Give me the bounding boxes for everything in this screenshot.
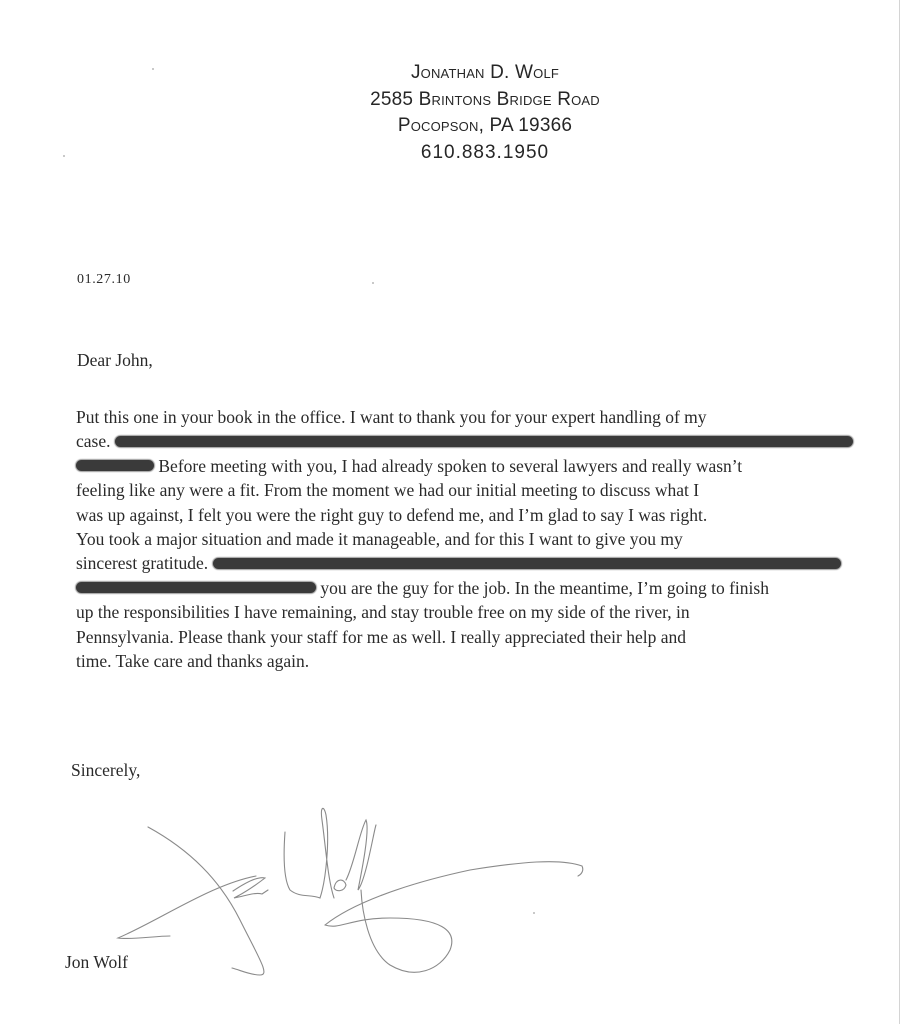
redaction-bar [115, 436, 853, 447]
body-text: time. Take care and thanks again. [76, 651, 309, 671]
body-line: you are the guy for the job. In the mean… [76, 576, 896, 600]
body-text: case. [76, 431, 115, 451]
signer-name: Jon Wolf [65, 952, 128, 973]
body-line: up the responsibilities I have remaining… [76, 600, 896, 624]
body-line: case. [76, 429, 896, 453]
signature-icon [100, 770, 600, 990]
body-text: Put this one in your book in the office.… [76, 407, 707, 427]
sender-city-state-zip: Pocopson, PA 19366 [0, 113, 908, 140]
body-line: feeling like any were a fit. From the mo… [76, 478, 896, 502]
body-text: feeling like any were a fit. From the mo… [76, 480, 699, 500]
body-line: time. Take care and thanks again. [76, 649, 896, 673]
scan-speck [372, 282, 374, 284]
body-text: sincerest gratitude. [76, 553, 213, 573]
letter-date: 01.27.10 [77, 272, 131, 288]
body-text: You took a major situation and made it m… [76, 529, 683, 549]
body-line: sincerest gratitude. [76, 551, 896, 575]
sender-phone: 610.883.1950 [0, 140, 908, 167]
salutation: Dear John, [77, 350, 153, 371]
body-line: Before meeting with you, I had already s… [76, 454, 896, 478]
body-text: Pennsylvania. Please thank your staff fo… [76, 627, 686, 647]
body-text: up the responsibilities I have remaining… [76, 602, 690, 622]
redaction-bar [213, 558, 841, 569]
letterhead: Jonathan D. Wolf 2585 Brintons Bridge Ro… [0, 60, 908, 166]
body-line: You took a major situation and made it m… [76, 527, 896, 551]
sender-street: 2585 Brintons Bridge Road [0, 87, 908, 114]
sender-name: Jonathan D. Wolf [0, 60, 908, 87]
body-line: was up against, I felt you were the righ… [76, 503, 896, 527]
letter-body: Put this one in your book in the office.… [76, 405, 896, 673]
redaction-bar [76, 582, 316, 593]
body-line: Pennsylvania. Please thank your staff fo… [76, 625, 896, 649]
body-text: Before meeting with you, I had already s… [154, 456, 742, 476]
body-line: Put this one in your book in the office.… [76, 405, 896, 429]
body-text: was up against, I felt you were the righ… [76, 505, 707, 525]
redaction-bar [76, 460, 154, 471]
body-text: you are the guy for the job. In the mean… [316, 578, 769, 598]
